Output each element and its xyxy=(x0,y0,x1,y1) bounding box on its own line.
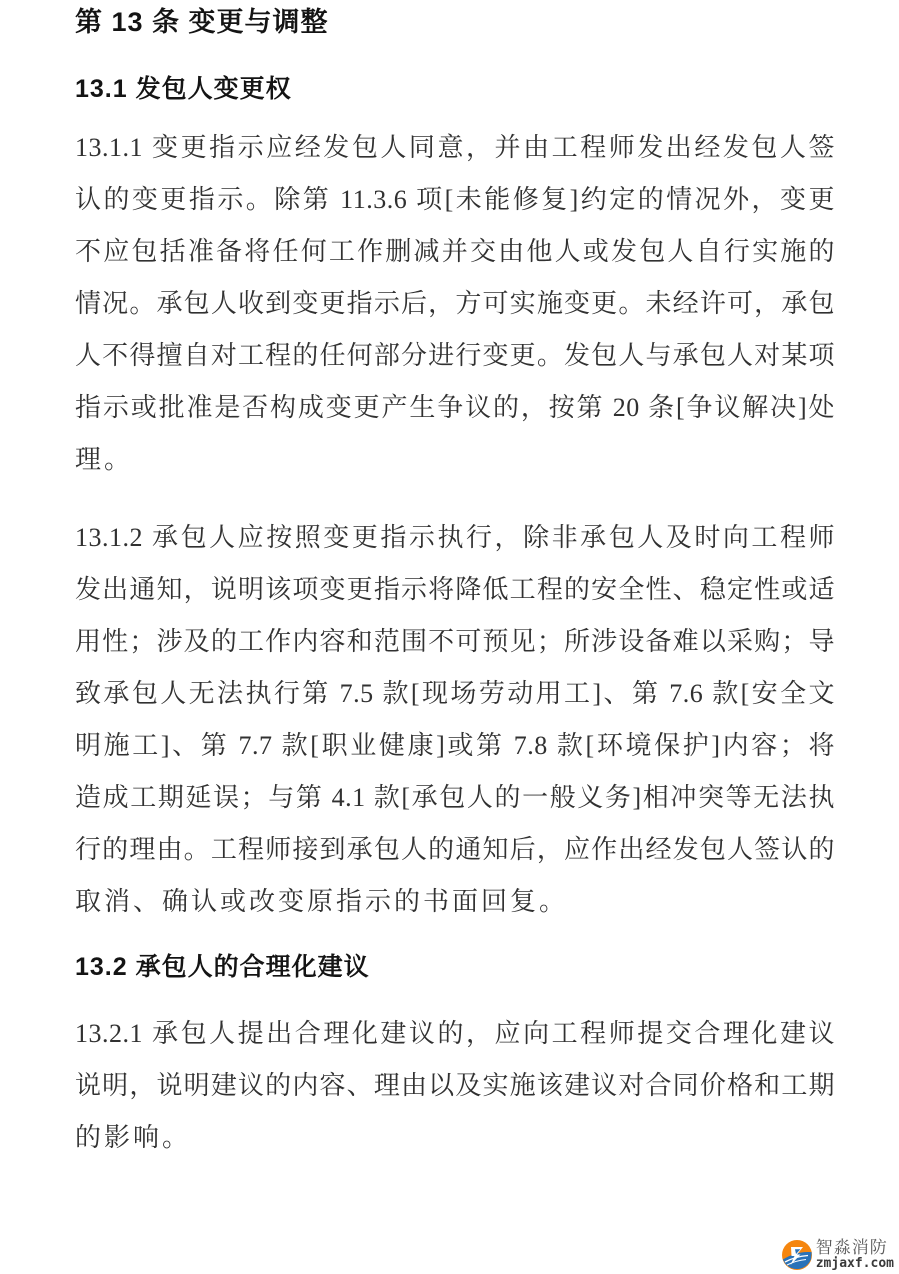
text-line: 13.1.2 承包人应按照变更指示执行，除非承包人及时向工程师 xyxy=(75,512,835,564)
text-line: 行的理由。工程师接到承包人的通知后，应作出经发包人签认的 xyxy=(75,824,835,876)
section-13-1-title: 13.1 发包人变更权 xyxy=(75,72,835,106)
text-line: 造成工期延误；与第 4.1 款[承包人的一般义务]相冲突等无法执 xyxy=(75,772,835,824)
text-line: 取消、确认或改变原指示的书面回复。 xyxy=(75,876,835,928)
text-line: 人不得擅自对工程的任何部分进行变更。发包人与承包人对某项 xyxy=(75,330,835,382)
watermark-domain: zmjaxf.com xyxy=(816,1257,894,1270)
zhimiao-fire-logo-icon xyxy=(782,1240,812,1270)
paragraph-13-1-1: 13.1.1 变更指示应经发包人同意，并由工程师发出经发包人签认的变更指示。除第… xyxy=(75,122,835,486)
text-line: 用性；涉及的工作内容和范围不可预见；所涉设备难以采购；导 xyxy=(75,616,835,668)
document-page: 第 13 条 变更与调整 13.1 发包人变更权 13.1.1 变更指示应经发包… xyxy=(0,0,899,1274)
text-line: 明施工]、第 7.7 款[职业健康]或第 7.8 款[环境保护]内容；将 xyxy=(75,720,835,772)
text-line: 13.2.1 承包人提出合理化建议的，应向工程师提交合理化建议 xyxy=(75,1008,835,1060)
text-line: 发出通知，说明该项变更指示将降低工程的安全性、稳定性或适 xyxy=(75,564,835,616)
text-line: 认的变更指示。除第 11.3.6 项[未能修复]约定的情况外，变更 xyxy=(75,174,835,226)
watermark-text: 智淼消防 zmjaxf.com xyxy=(816,1239,894,1270)
text-line: 理。 xyxy=(75,434,835,486)
section-13-2-title: 13.2 承包人的合理化建议 xyxy=(75,950,835,984)
text-line: 说明，说明建议的内容、理由以及实施该建议对合同价格和工期 xyxy=(75,1060,835,1112)
text-line: 情况。承包人收到变更指示后，方可实施变更。未经许可，承包 xyxy=(75,278,835,330)
clause-13-title: 第 13 条 变更与调整 xyxy=(75,6,835,38)
text-line: 指示或批准是否构成变更产生争议的，按第 20 条[争议解决]处 xyxy=(75,382,835,434)
text-line: 致承包人无法执行第 7.5 款[现场劳动用工]、第 7.6 款[安全文 xyxy=(75,668,835,720)
text-line: 13.1.1 变更指示应经发包人同意，并由工程师发出经发包人签 xyxy=(75,122,835,174)
paragraph-13-2-1: 13.2.1 承包人提出合理化建议的，应向工程师提交合理化建议说明，说明建议的内… xyxy=(75,1008,835,1164)
watermark: 智淼消防 zmjaxf.com xyxy=(782,1239,894,1270)
watermark-brand-name: 智淼消防 xyxy=(816,1239,894,1256)
text-line: 的影响。 xyxy=(75,1112,835,1164)
paragraph-13-1-2: 13.1.2 承包人应按照变更指示执行，除非承包人及时向工程师发出通知，说明该项… xyxy=(75,512,835,928)
text-line: 不应包括准备将任何工作删减并交由他人或发包人自行实施的 xyxy=(75,226,835,278)
